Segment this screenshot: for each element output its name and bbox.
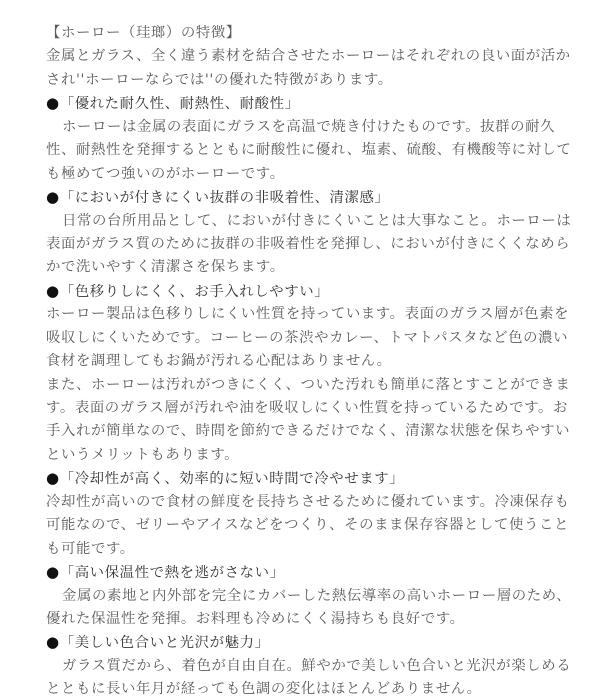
section-line: 冷却性が高いので食材の鮮度を長持ちさせるために優れています。冷凍保存も [46, 491, 586, 514]
section-heading: ●「美しい色合いと光沢が魅力」 [46, 631, 586, 654]
section-heading: ●「高い保温性で熱を逃がさない」 [46, 561, 586, 584]
section-line: す。表面のガラス層が汚れや油を吸収しにくい性質を持っているためです。お [46, 397, 586, 420]
section-heading: ●「優れた耐久性、耐熱性、耐酸性」 [46, 92, 586, 115]
section-line: かで洗いやすく清潔さを保ちます。 [46, 256, 586, 279]
section-line: 日常の台所用品として、においが付きにくいことは大事なこと。ホーローは [46, 210, 586, 233]
intro-line: され''ホーローならでは''の優れた特徴があります。 [46, 69, 586, 92]
section-line: も可能です。 [46, 538, 586, 561]
section-line: 表面がガラス質のために抜群の非吸着性を発揮し、においが付きにくくなめら [46, 233, 586, 256]
section-line: 手入れが簡単なので、時間を節約できるだけでなく、清潔な状態を保ちやすい [46, 420, 586, 443]
section-heading: ●「色移りしにくく、お手入れしやすい」 [46, 280, 586, 303]
section-line: 可能なので、ゼリーやアイスなどをつくり、そのまま保存容器として使うこと [46, 514, 586, 537]
document-body: 【ホーロー（珪瑯）の特徴】 金属とガラス、全く違う素材を結合させたホーローはそれ… [46, 22, 586, 700]
bullet-icon: ● [46, 188, 60, 206]
section-line: ホーローは金属の表面にガラスを高温で焼き付けたものです。抜群の耐久 [46, 116, 586, 139]
bullet-icon: ● [46, 563, 60, 581]
section-line: とともに長い年月が経っても色調の変化はほとんどありません。 [46, 678, 586, 700]
section-heading: ●「においが付きにくい抜群の非吸着性、清潔感」 [46, 186, 586, 209]
section-heading: ●「冷却性が高く、効率的に短い時間で冷やせます」 [46, 467, 586, 490]
bullet-icon: ● [46, 282, 60, 300]
document-title: 【ホーロー（珪瑯）の特徴】 [46, 22, 586, 45]
section-line: というメリットもあります。 [46, 444, 586, 467]
section-line: ホーロー製品は色移りしにくい性質を持っています。表面のガラス層が色素を [46, 303, 586, 326]
section-line: 吸収しにくいためです。コーヒーの茶渋やカレー、トマトパスタなど色の濃い [46, 327, 586, 350]
bullet-icon: ● [46, 633, 60, 651]
section-line: また、ホーローは汚れがつきにくく、ついた汚れも簡単に落とすことができま [46, 374, 586, 397]
section-line: 金属の素地と内外部を完全にカバーした熱伝導率の高いホーロー層のため、 [46, 585, 586, 608]
bullet-icon: ● [46, 469, 60, 487]
intro-line: 金属とガラス、全く違う素材を結合させたホーローはそれぞれの良い面が活か [46, 45, 586, 68]
section-line: 優れた保温性を発揮。お料理も冷めにくく湯持ちも良好です。 [46, 608, 586, 631]
section-line: ガラス質だから、着色が自由自在。鮮やかで美しい色合いと光沢が楽しめる [46, 655, 586, 678]
bullet-icon: ● [46, 94, 60, 112]
section-line: も極めてつ強いのがホーローです。 [46, 163, 586, 186]
section-line: 食材を調理してもお鍋が汚れる心配はありません。 [46, 350, 586, 373]
section-line: 性、耐熱性を発揮するとともに耐酸性に優れ、塩素、硫酸、有機酸等に対して [46, 139, 586, 162]
